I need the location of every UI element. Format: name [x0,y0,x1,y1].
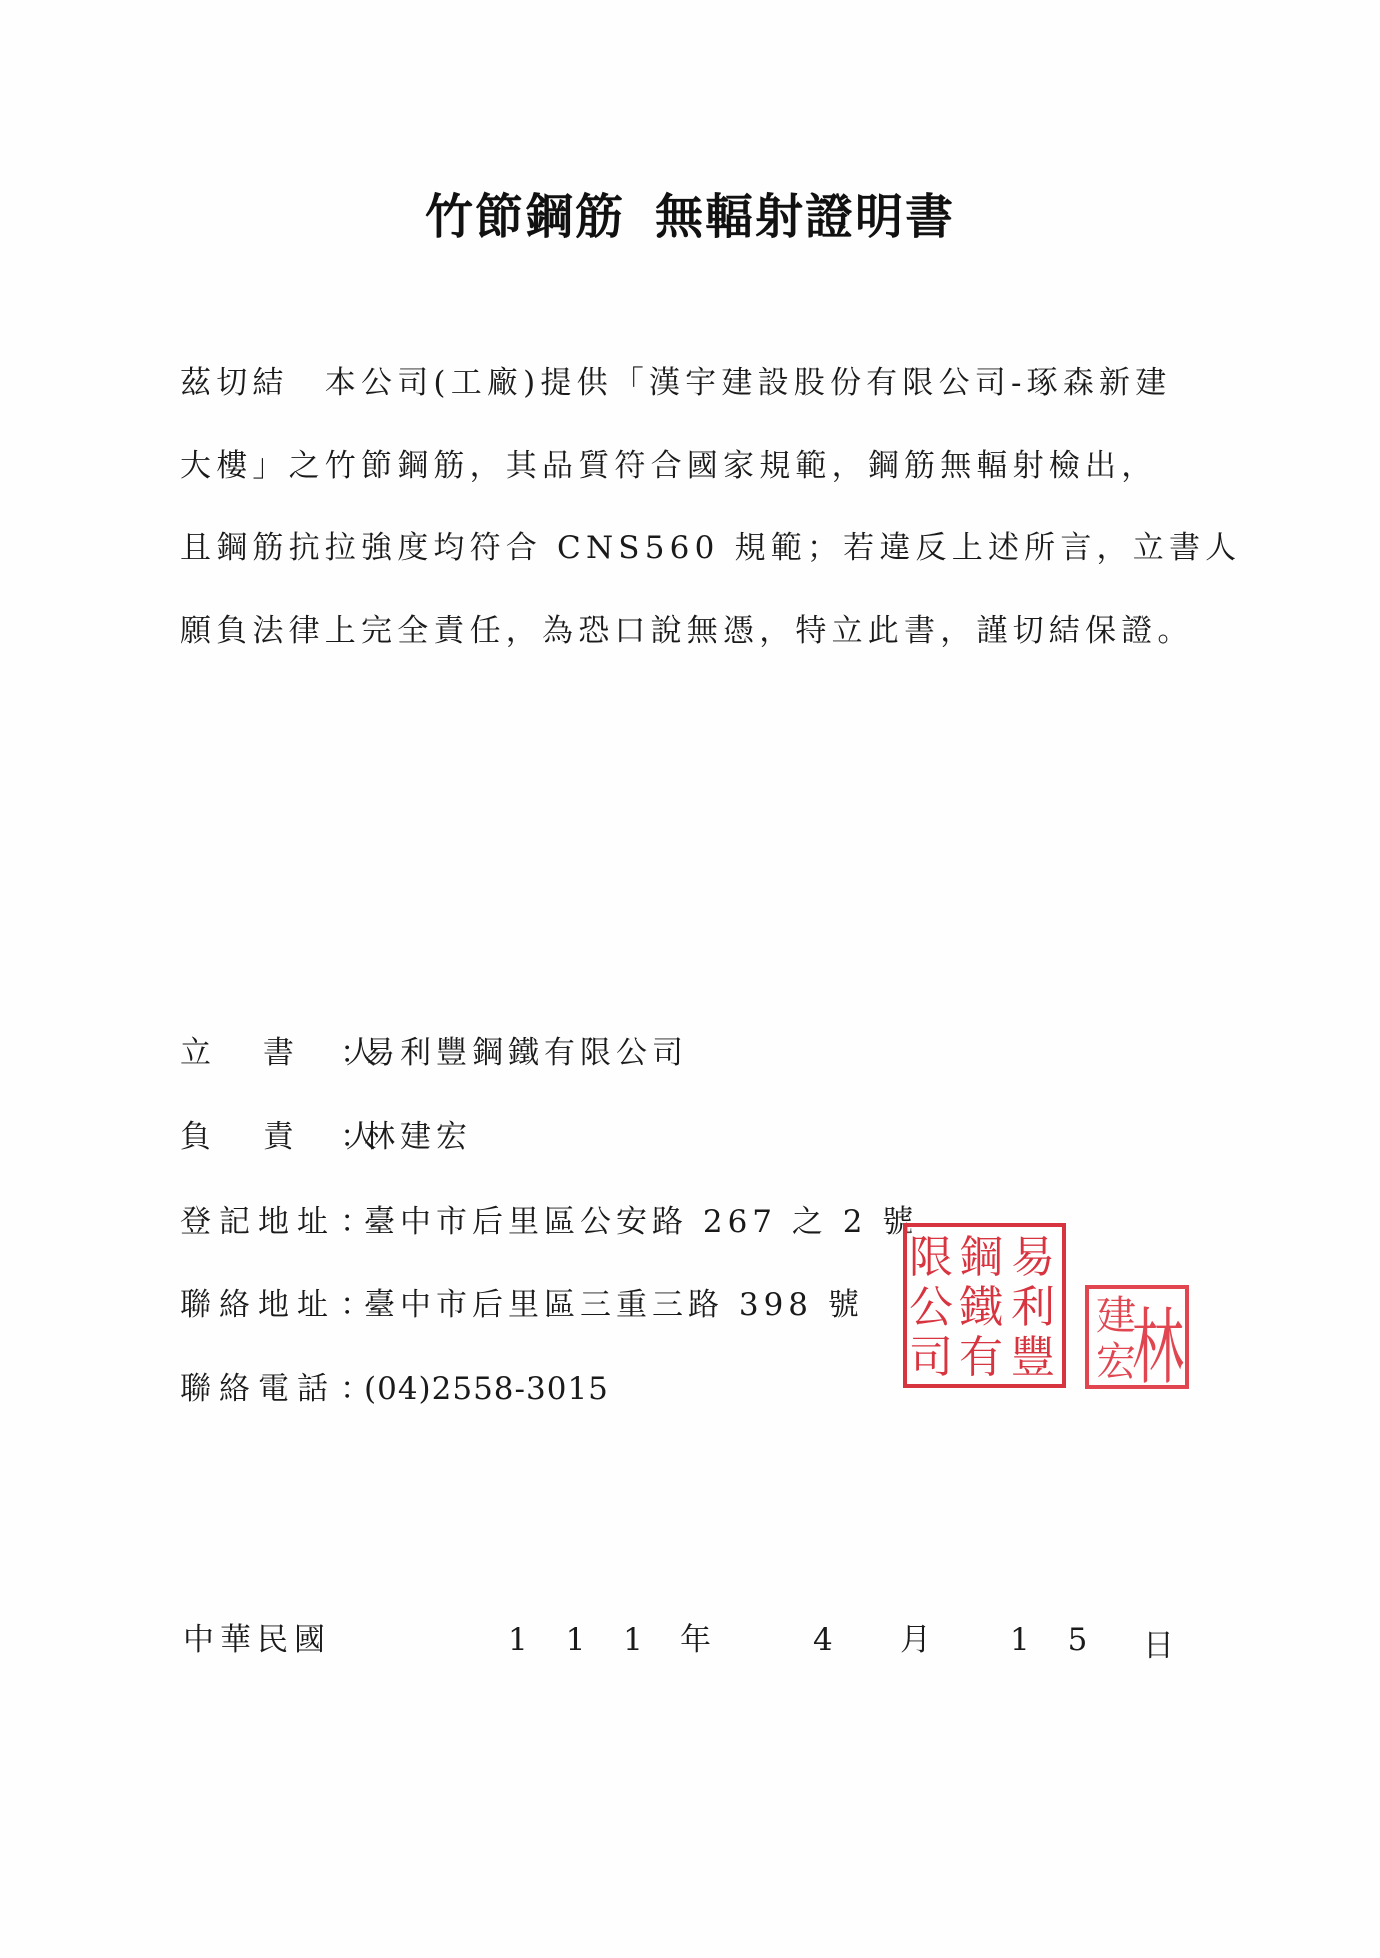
signatory-value: 易利豐鋼鐵有限公司 [364,1033,688,1073]
contact-address-label: 聯絡地址 [180,1285,340,1325]
representative-row: 負 責 人 ： 林建宏 [180,1117,472,1157]
seal-char: 易 [1011,1233,1055,1283]
representative-label: 負 責 人 [180,1117,340,1157]
contact-phone-value: (04)2558-3015 [364,1369,609,1409]
seal-char: 限 [909,1233,953,1283]
date-day-unit: 日 [1143,1626,1174,1666]
body-line-4: 願負法律上完全責任，為恐口說無憑，特立此書，謹切結保證。 [180,611,1220,651]
date-era: 中華民國 [183,1620,331,1660]
colon: ： [340,1202,364,1242]
seal-char: 司 [909,1333,953,1383]
personal-seal: 林 建 宏 [1085,1285,1189,1389]
colon: ： [340,1369,364,1409]
seal-column-given-name: 建 宏 [1093,1293,1139,1385]
seal-column-1: 易 利 豐 [1008,1233,1058,1383]
signatory-label: 立 書 人 [180,1033,340,1073]
registered-address-label: 登記地址 [180,1202,340,1242]
seal-char: 鋼 [959,1233,1003,1283]
body-line-2: 大樓」之竹節鋼筋，其品質符合國家規範，鋼筋無輻射檢出， [180,446,1220,486]
document-title: 竹節鋼筋無輻射證明書 [0,178,1380,247]
seal-char: 有 [959,1333,1003,1383]
date-day: 1 5 [1010,1620,1101,1660]
seal-char: 公 [909,1283,953,1333]
seal-char-surname: 林 [1135,1269,1181,1410]
registered-address-row: 登記地址 ： 臺中市后里區公安路 267 之 2 號 [180,1202,918,1242]
body-line-1: 茲切結 本公司(工廠)提供「漢宇建設股份有限公司-琢森新建 [180,363,1220,403]
seal-char: 建 [1096,1293,1136,1339]
contact-phone-label: 聯絡電話 [180,1369,340,1409]
colon: ： [340,1285,364,1325]
seal-char: 利 [1011,1283,1055,1333]
title-part-2: 無輻射證明書 [655,189,955,245]
colon: ： [340,1033,364,1073]
date-month-unit: 月 [900,1620,931,1660]
seal-column-3: 限 公 司 [906,1233,956,1383]
body-line-3: 且鋼筋抗拉強度均符合 CNS560 規範；若違反上述所言，立書人 [180,528,1220,568]
colon: ： [340,1117,364,1157]
date-year-unit: 年 [680,1620,711,1660]
contact-phone-row: 聯絡電話 ： (04)2558-3015 [180,1369,609,1409]
contact-address-value: 臺中市后里區三重三路 398 號 [364,1285,864,1325]
date-month: 4 [813,1620,833,1660]
document-page: 竹節鋼筋無輻射證明書 茲切結 本公司(工廠)提供「漢宇建設股份有限公司-琢森新建… [0,0,1380,1958]
date-year: 1 1 1 [508,1620,657,1660]
title-part-1: 竹節鋼筋 [425,189,625,245]
seal-char: 鐵 [959,1283,1003,1333]
registered-address-value: 臺中市后里區公安路 267 之 2 號 [364,1202,918,1242]
representative-value: 林建宏 [364,1117,472,1157]
company-seal: 易 利 豐 鋼 鐵 有 限 公 司 [903,1223,1066,1388]
contact-address-row: 聯絡地址 ： 臺中市后里區三重三路 398 號 [180,1285,864,1325]
seal-char: 宏 [1096,1339,1136,1385]
seal-char: 豐 [1011,1333,1055,1383]
seal-column-2: 鋼 鐵 有 [956,1233,1006,1383]
signatory-row: 立 書 人 ： 易利豐鋼鐵有限公司 [180,1033,688,1073]
